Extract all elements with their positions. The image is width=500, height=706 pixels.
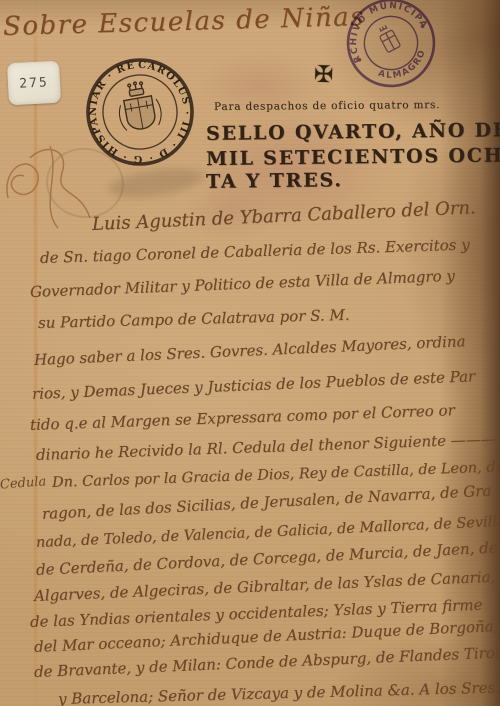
manuscript-line: dinario he Recivido la Rl. Cedula del th… [36,430,496,464]
manuscript-page: Sobre Escuelas de Niñas 275 ARCHIVO MUNI… [0,0,500,706]
printed-sello-line-2: MIL SETECIENTOS OCHEN- [206,144,500,170]
manuscript-line: tido q.e al Margen se Expressara como po… [30,401,455,434]
manuscript-line: de Sn. tiago Coronel de Caballeria de lo… [40,236,470,267]
manuscript-line: Governador Militar y Politico de esta Vi… [30,267,455,301]
manuscript-line: Luis Agustin de Ybarra Caballero del Orn… [92,197,477,235]
manuscript-line: y Barcelona; Señor de Vizcaya y de Molin… [58,678,500,706]
printed-sello-line-3: TA Y TRES. [206,169,343,193]
sticker-number: 275 [19,75,49,92]
municipal-stamp-icon: ARCHIVO MUNICIPAL ALMAGRO [329,0,453,105]
manuscript-line: su Partido Campo de Calatrava por S. M. [38,306,350,332]
archive-sticker: 275 [7,61,61,106]
document-title: Sobre Escuelas de Niñas [3,2,366,42]
margin-note-cedula: Cedula [0,474,47,492]
stamp-crest-icon [376,23,401,52]
printed-fee-line: Para despachos de oficio quatro mrs. [214,99,440,113]
seal-coat-of-arms-icon [114,78,163,132]
margin-flourish-icon [0,128,96,236]
manuscript-line: rios, y Demas Jueces y Justicias de los … [32,367,476,403]
manuscript-line: Hago saber a los Sres. Govres. Alcaldes … [34,332,466,369]
printed-sello-line-1: SELLO QVARTO, AÑO DE [206,119,500,145]
maltese-cross-icon: ✠ [314,62,334,89]
